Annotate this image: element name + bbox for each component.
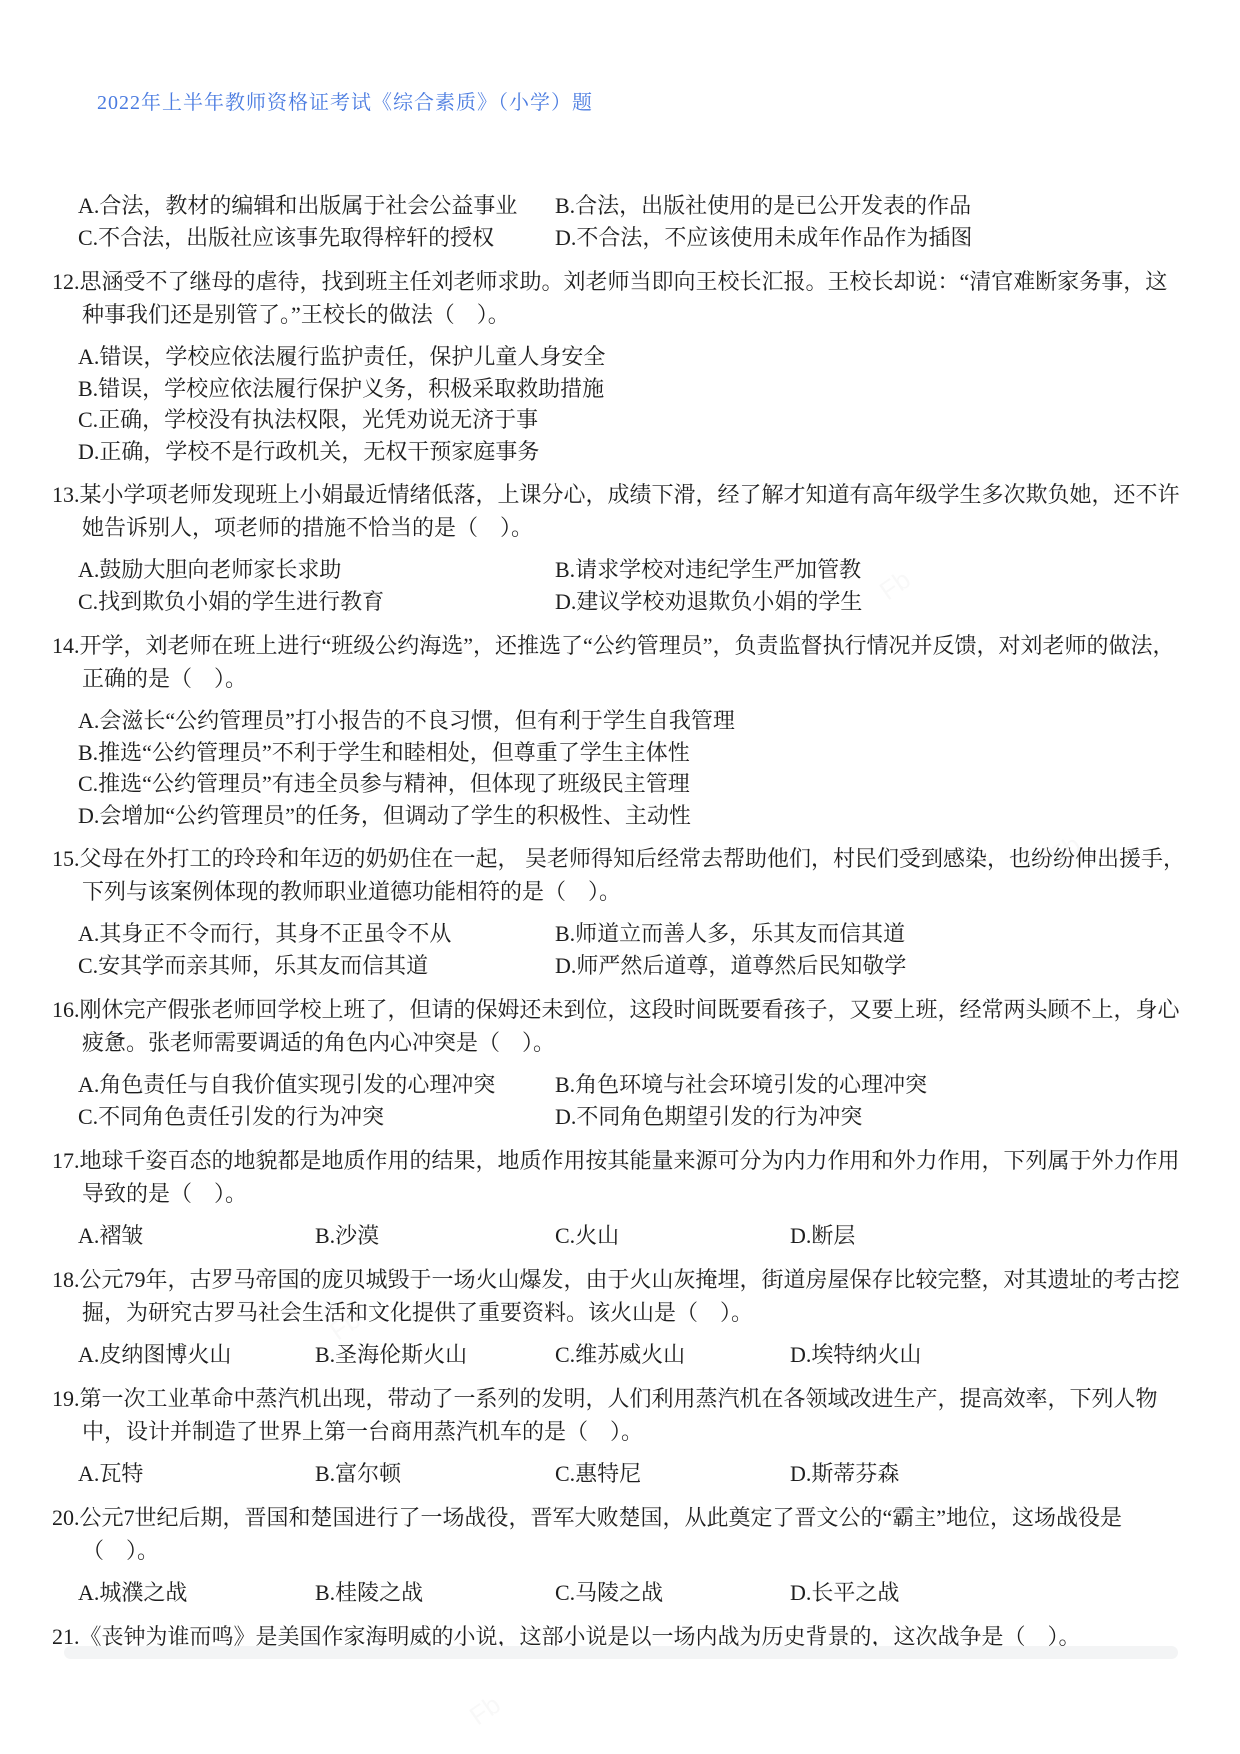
question-12-option-d: D.正确，学校不是行政机关，无权干预家庭事务 [78,436,1188,468]
question-18-stem: 18.公元79年，古罗马帝国的庞贝城毁于一场火山爆发，由于火山灰掩埋，街道房屋保… [52,1263,1188,1329]
page-bottom-divider [64,1646,1178,1659]
question-13: 13.某小学项老师发现班上小娟最近情绪低落，上课分心，成绩下滑，经了解才知道有高… [52,478,1188,618]
question-19-option-a: A.瓦特 [78,1458,315,1490]
question-13-option-b: B.请求学校对违纪学生严加管教 [555,554,1188,586]
question-11-options: A.合法，教材的编辑和出版属于社会公益事业 B.合法，出版社使用的是已公开发表的… [52,190,1188,254]
question-18-option-a: A.皮纳图博火山 [78,1339,315,1371]
question-19-stem: 19.第一次工业革命中蒸汽机出现，带动了一系列的发明，人们利用蒸汽机在各领域改进… [52,1382,1188,1448]
question-16-option-b: B.角色环境与社会环境引发的心理冲突 [555,1069,1188,1101]
page-title: 2022年上半年教师资格证考试《综合素质》（小学）题 [97,86,593,115]
question-12: 12.思涵受不了继母的虐待，找到班主任刘老师求助。刘老师当即向王校长汇报。王校长… [52,265,1188,467]
question-16-option-grid: A.角色责任与自我价值实现引发的心理冲突 B.角色环境与社会环境引发的心理冲突 … [78,1069,1188,1133]
question-13-option-d: D.建议学校劝退欺负小娟的学生 [555,586,1188,618]
question-14-option-b: B.推选“公约管理员”不利于学生和睦相处，但尊重了学生主体性 [78,737,1188,769]
question-14-option-a: A.会滋长“公约管理员”打小报告的不良习惯，但有利于学生自我管理 [78,705,1188,737]
question-11-option-grid: A.合法，教材的编辑和出版属于社会公益事业 B.合法，出版社使用的是已公开发表的… [78,190,1188,254]
question-20-option-grid: A.城濮之战 B.桂陵之战 C.马陵之战 D.长平之战 [78,1577,1188,1609]
question-20-option-a: A.城濮之战 [78,1577,315,1609]
question-19-option-b: B.富尔顿 [315,1458,555,1490]
question-12-option-c: C.正确，学校没有执法权限，光凭劝说无济于事 [78,404,1188,436]
question-14-option-d: D.会增加“公约管理员”的任务，但调动了学生的积极性、主动性 [78,800,1188,832]
question-11-option-b: B.合法，出版社使用的是已公开发表的作品 [555,190,1188,222]
question-20-option-d: D.长平之战 [790,1577,1188,1609]
question-12-option-b: B.错误，学校应依法履行保护义务，积极采取救助措施 [78,373,1188,405]
question-17-option-c: C.火山 [555,1220,790,1252]
question-20-option-b: B.桂陵之战 [315,1577,555,1609]
question-17-stem: 17.地球千姿百态的地貌都是地质作用的结果，地质作用按其能量来源可分为内力作用和… [52,1144,1188,1210]
question-11-option-d: D.不合法，不应该使用未成年作品作为插图 [555,222,1188,254]
question-16-stem: 16.刚休完产假张老师回学校上班了，但请的保姆还未到位，这段时间既要看孩子，又要… [52,993,1188,1059]
question-18-option-b: B.圣海伦斯火山 [315,1339,555,1371]
question-15-option-a: A.其身正不令而行，其身不正虽令不从 [78,918,555,950]
question-12-option-a: A.错误，学校应依法履行监护责任，保护儿童人身安全 [78,341,1188,373]
question-16-option-a: A.角色责任与自我价值实现引发的心理冲突 [78,1069,555,1101]
question-12-stem: 12.思涵受不了继母的虐待，找到班主任刘老师求助。刘老师当即向王校长汇报。王校长… [52,265,1188,331]
question-15-option-grid: A.其身正不令而行，其身不正虽令不从 B.师道立而善人多，乐其友而信其道 C.安… [78,918,1188,982]
question-18-option-c: C.维苏威火山 [555,1339,790,1371]
question-14: 14.开学，刘老师在班上进行“班级公约海选”，还推选了“公约管理员”，负责监督执… [52,629,1188,831]
question-11-option-c: C.不合法，出版社应该事先取得梓轩的授权 [78,222,555,254]
question-13-option-a: A.鼓励大胆向老师家长求助 [78,554,555,586]
question-17: 17.地球千姿百态的地貌都是地质作用的结果，地质作用按其能量来源可分为内力作用和… [52,1144,1188,1252]
question-19: 19.第一次工业革命中蒸汽机出现，带动了一系列的发明，人们利用蒸汽机在各领域改进… [52,1382,1188,1490]
question-16-option-d: D.不同角色期望引发的行为冲突 [555,1101,1188,1133]
watermark: Fb [464,1689,507,1732]
question-18-option-grid: A.皮纳图博火山 B.圣海伦斯火山 C.维苏威火山 D.埃特纳火山 [78,1339,1188,1371]
question-17-option-a: A.褶皱 [78,1220,315,1252]
question-13-option-c: C.找到欺负小娟的学生进行教育 [78,586,555,618]
question-17-option-d: D.断层 [790,1220,1188,1252]
question-15-option-d: D.师严然后道尊，道尊然后民知敬学 [555,950,1188,982]
question-13-option-grid: A.鼓励大胆向老师家长求助 B.请求学校对违纪学生严加管教 C.找到欺负小娟的学… [78,554,1188,618]
question-15-option-b: B.师道立而善人多，乐其友而信其道 [555,918,1188,950]
question-15: 15.父母在外打工的玲玲和年迈的奶奶住在一起， 吴老师得知后经常去帮助他们，村民… [52,842,1188,982]
question-14-stem: 14.开学，刘老师在班上进行“班级公约海选”，还推选了“公约管理员”，负责监督执… [52,629,1188,695]
question-17-option-grid: A.褶皱 B.沙漠 C.火山 D.断层 [78,1220,1188,1252]
question-16-option-c: C.不同角色责任引发的行为冲突 [78,1101,555,1133]
question-19-option-c: C.惠特尼 [555,1458,790,1490]
question-17-option-b: B.沙漠 [315,1220,555,1252]
question-14-option-list: A.会滋长“公约管理员”打小报告的不良习惯，但有利于学生自我管理 B.推选“公约… [78,705,1188,831]
question-20-stem: 20.公元7世纪后期，晋国和楚国进行了一场战役，晋军大败楚国，从此奠定了晋文公的… [52,1501,1188,1567]
question-12-option-list: A.错误，学校应依法履行监护责任，保护儿童人身安全 B.错误，学校应依法履行保护… [78,341,1188,467]
question-14-option-c: C.推选“公约管理员”有违全员参与精神，但体现了班级民主管理 [78,768,1188,800]
question-19-option-grid: A.瓦特 B.富尔顿 C.惠特尼 D.斯蒂芬森 [78,1458,1188,1490]
question-15-stem: 15.父母在外打工的玲玲和年迈的奶奶住在一起， 吴老师得知后经常去帮助他们，村民… [52,842,1188,908]
question-18: 18.公元79年，古罗马帝国的庞贝城毁于一场火山爆发，由于火山灰掩埋，街道房屋保… [52,1263,1188,1371]
question-19-option-d: D.斯蒂芬森 [790,1458,1188,1490]
question-15-option-c: C.安其学而亲其师，乐其友而信其道 [78,950,555,982]
question-13-stem: 13.某小学项老师发现班上小娟最近情绪低落，上课分心，成绩下滑，经了解才知道有高… [52,478,1188,544]
question-16: 16.刚休完产假张老师回学校上班了，但请的保姆还未到位，这段时间既要看孩子，又要… [52,993,1188,1133]
question-18-option-d: D.埃特纳火山 [790,1339,1188,1371]
question-20: 20.公元7世纪后期，晋国和楚国进行了一场战役，晋军大败楚国，从此奠定了晋文公的… [52,1501,1188,1609]
question-11-option-a: A.合法，教材的编辑和出版属于社会公益事业 [78,190,555,222]
question-20-option-c: C.马陵之战 [555,1577,790,1609]
questions-area: A.合法，教材的编辑和出版属于社会公益事业 B.合法，出版社使用的是已公开发表的… [52,190,1188,1653]
